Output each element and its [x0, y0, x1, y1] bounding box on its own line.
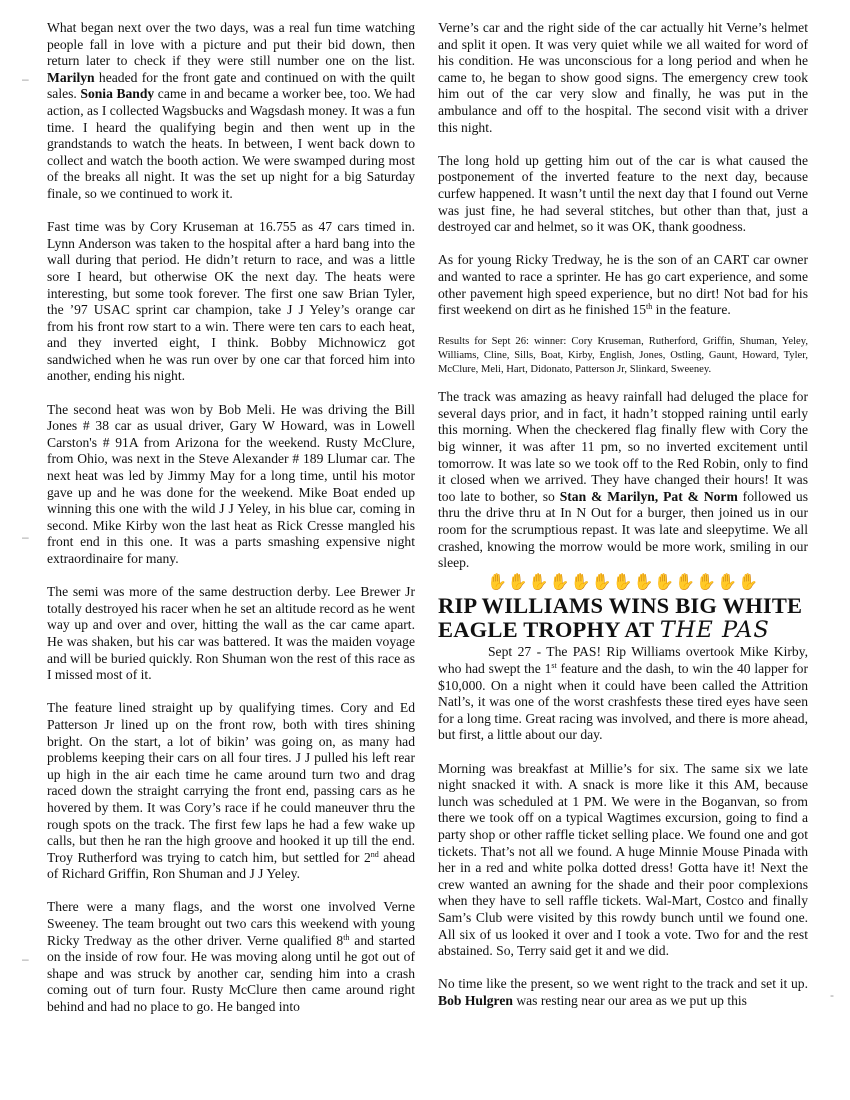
scan-margin-mark: –	[22, 530, 29, 544]
paragraph-sept-27: Sept 27 - The PAS! Rip Williams overtook…	[438, 644, 808, 744]
text: As for young Ricky Tredway, he is the so…	[438, 252, 808, 317]
left-column: What began next over the two days, was a…	[47, 20, 415, 1032]
headline-script-the-pas: THE PAS	[660, 617, 770, 643]
scan-margin-mark: –	[22, 952, 29, 966]
name-bob-hulgren: Bob Hulgren	[438, 993, 513, 1008]
paragraph-verne-crash: Verne’s car and the right side of the ca…	[438, 20, 808, 136]
text: came in and became a worker bee, too. We…	[47, 86, 415, 201]
text: The track was amazing as heavy rainfall …	[438, 389, 808, 504]
paragraph-auction: What began next over the two days, was a…	[47, 20, 415, 203]
paragraph-flags: There were a many flags, and the worst o…	[47, 899, 415, 1015]
paragraph-ricky-tredway: As for young Ricky Tredway, he is the so…	[438, 252, 808, 318]
paragraph-semi: The semi was more of the same destructio…	[47, 584, 415, 684]
paragraph-postponement: The long hold up getting him out of the …	[438, 153, 808, 236]
text: No time like the present, so we went rig…	[438, 976, 808, 991]
paragraph-second-heat: The second heat was won by Bob Meli. He …	[47, 402, 415, 568]
names-stan-marilyn-pat-norm: Stan & Marilyn, Pat & Norm	[560, 489, 738, 504]
ordinal-suffix: nd	[371, 850, 379, 859]
newsletter-page: What began next over the two days, was a…	[0, 0, 850, 1100]
name-sonia-bandy: Sonia Bandy	[80, 86, 154, 101]
text: in the feature.	[652, 302, 731, 317]
scan-margin-mark: -	[830, 988, 834, 1002]
paragraph-track-setup: No time like the present, so we went rig…	[438, 976, 808, 1009]
paragraph-fast-time: Fast time was by Cory Kruseman at 16.755…	[47, 219, 415, 385]
paragraph-morning: Morning was breakfast at Millie’s for si…	[438, 761, 808, 960]
article-headline: RIP WILLIAMS WINS BIG WHITE EAGLE TROPHY…	[438, 594, 808, 642]
scan-margin-mark: –	[22, 72, 29, 86]
text: was resting near our area as we put up t…	[513, 993, 747, 1008]
text: The feature lined straight up by qualify…	[47, 700, 415, 864]
text: What began next over the two days, was a…	[47, 20, 415, 68]
paragraph-feature: The feature lined straight up by qualify…	[47, 700, 415, 883]
name-marilyn: Marilyn	[47, 70, 95, 85]
right-column: Verne’s car and the right side of the ca…	[438, 20, 808, 1026]
hand-icons-divider: ✋✋✋✋✋✋✋✋✋✋✋✋✋	[438, 574, 808, 592]
paragraph-track: The track was amazing as heavy rainfall …	[438, 389, 808, 572]
results-sept-26: Results for Sept 26: winner: Cory Krusem…	[438, 335, 808, 377]
